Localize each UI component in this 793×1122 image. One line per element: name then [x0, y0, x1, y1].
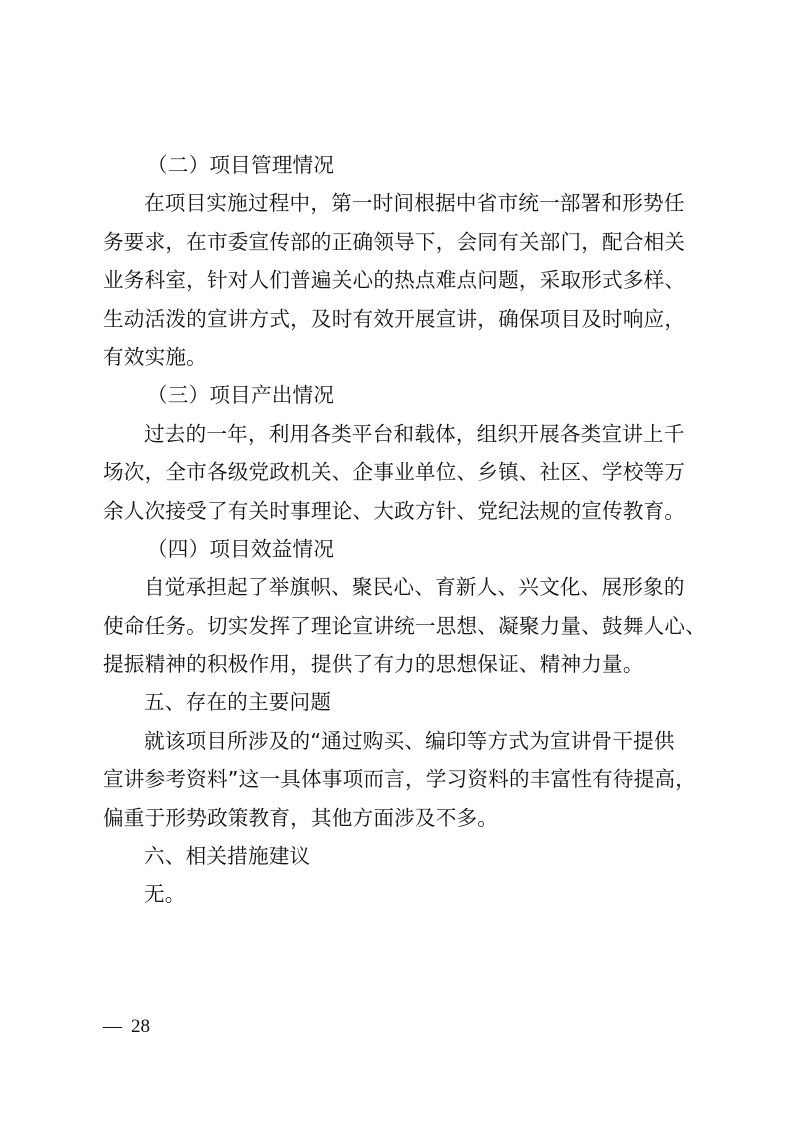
paragraph-line: 偏重于形势政策教育，其他方面涉及不多。: [103, 799, 693, 837]
paragraph-line: 务要求，在市委宣传部的正确领导下，会同有关部门，配合相关: [103, 223, 693, 261]
paragraph-line: 场次，全市各级党政机关、企事业单位、乡镇、社区、学校等万: [103, 453, 693, 491]
paragraph-line: 提振精神的积极作用，提供了有力的思想保证、精神力量。: [103, 645, 693, 683]
paragraph-line: 业务科室，针对人们普遍关心的热点难点问题，采取形式多样、: [103, 261, 693, 299]
document-body: （二）项目管理情况 在项目实施过程中，第一时间根据中省市统一部署和形势任 务要求…: [103, 146, 693, 914]
paragraph-line: 无。: [103, 875, 693, 913]
paragraph-line: 在项目实施过程中，第一时间根据中省市统一部署和形势任: [103, 184, 693, 222]
section-heading-project-benefit: （四）项目效益情况: [103, 530, 693, 568]
page-number: 28: [131, 1016, 150, 1037]
section-heading-measures: 六、相关措施建议: [103, 837, 693, 875]
paragraph-line: 宣讲参考资料”这一具体事项而言，学习资料的丰富性有待提高，: [103, 760, 693, 798]
section-heading-main-problems: 五、存在的主要问题: [103, 683, 693, 721]
paragraph-line: 就该项目所涉及的“通过购买、编印等方式为宣讲骨干提供: [103, 722, 693, 760]
paragraph-line: 生动活泼的宣讲方式，及时有效开展宣讲，确保项目及时响应，: [103, 300, 693, 338]
paragraph-line: 使命任务。切实发挥了理论宣讲统一思想、凝聚力量、鼓舞人心、: [103, 607, 693, 645]
page-footer: —28: [103, 1016, 150, 1038]
section-heading-project-management: （二）项目管理情况: [103, 146, 693, 184]
footer-dash: —: [103, 1016, 122, 1037]
paragraph-line: 自觉承担起了举旗帜、聚民心、育新人、兴文化、展形象的: [103, 568, 693, 606]
paragraph-line: 余人次接受了有关时事理论、大政方针、党纪法规的宣传教育。: [103, 492, 693, 530]
section-heading-project-output: （三）项目产出情况: [103, 376, 693, 414]
paragraph-line: 有效实施。: [103, 338, 693, 376]
paragraph-line: 过去的一年，利用各类平台和载体，组织开展各类宣讲上千: [103, 415, 693, 453]
